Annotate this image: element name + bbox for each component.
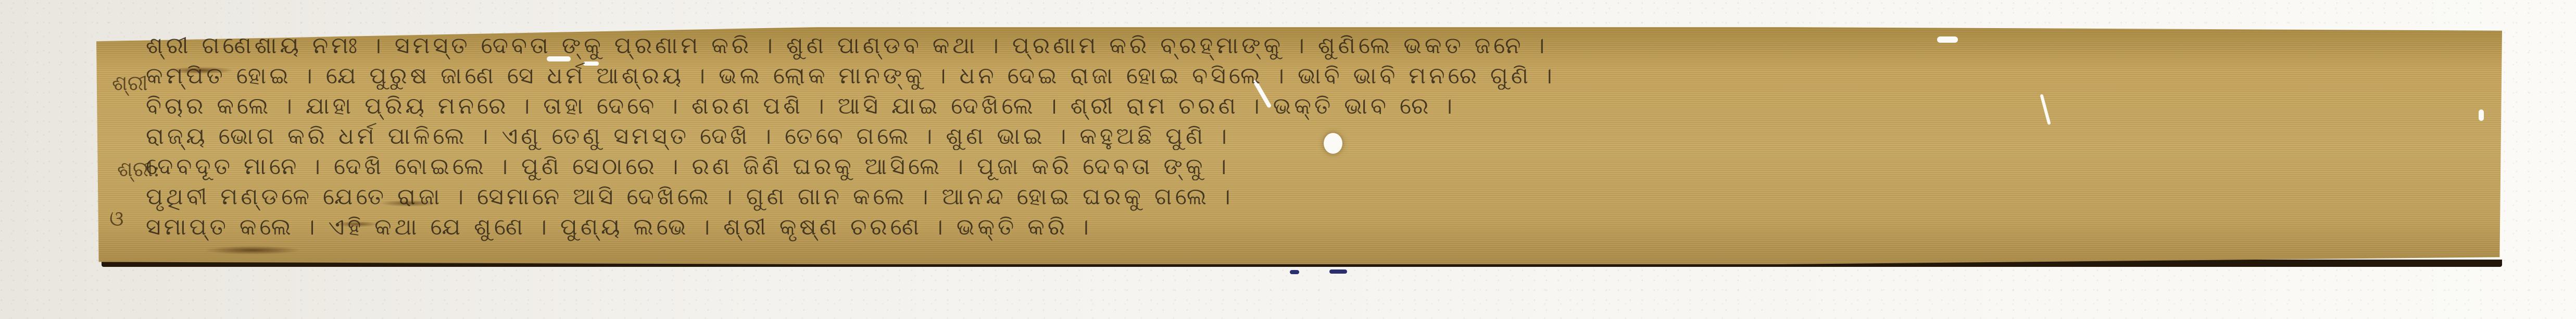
- blue-ink-mark: [1329, 269, 1347, 274]
- text-line: ପୃଥିବୀ ମଣ୍ଡଳେ ଯେତେ ରାଜା । ସେମାନେ ଆସି ଦେଖ…: [146, 183, 2437, 214]
- text-line: ଶ୍ରୀ ଗଣେଶାୟ ନମଃ । ସମସ୍ତ ଦେବତା ଙ୍କୁ ପ୍ରଣା…: [146, 32, 2437, 63]
- text-line: ଦେବଦୂତ ମାନେ । ଦେଖି ବୋଇଲେ । ପୁଣି ସେଠାରେ ।…: [146, 153, 2437, 183]
- blue-ink-mark: [1290, 270, 1299, 274]
- margin-mark: ଓ: [109, 208, 124, 229]
- manuscript-text: ଶ୍ରୀ ଗଣେଶାୟ ନମଃ । ସମସ୍ତ ଦେବତା ଙ୍କୁ ପ୍ରଣା…: [146, 32, 2437, 256]
- text-line: ବିଚାର କଲେ । ଯାହା ପ୍ରିୟ ମନରେ । ତାହା ଦେବେ …: [146, 93, 2437, 123]
- text-line: ରାଜ୍ୟ ଭୋଗ କରି ଧର୍ମ ପାଳିଲେ । ଏଣୁ ତେଣୁ ସମସ…: [146, 123, 2437, 153]
- margin-mark: ଶ୍ରୀ: [112, 73, 148, 94]
- text-line: କମ୍ପିତ ହୋଇ । ଯେ ପୁରୁଷ ଜାଣେ ସେ ଧର୍ମ ଆଶ୍ରୟ…: [146, 63, 2437, 93]
- wormhole: [2479, 109, 2484, 121]
- text-line: ସମାପ୍ତ କଲେ । ଏହି କଥା ଯେ ଶୁଣେ । ପୁଣ୍ୟ ଲଭେ…: [146, 214, 2437, 244]
